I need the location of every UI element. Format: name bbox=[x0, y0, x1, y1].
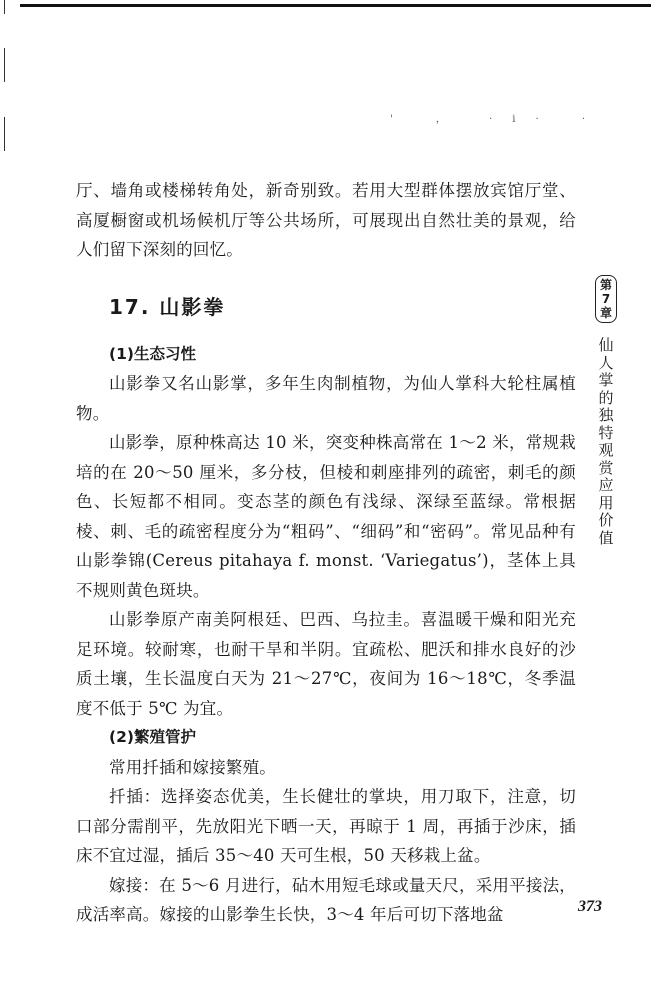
subsection-heading-ecology: (1)生态习性 bbox=[76, 340, 576, 370]
chapter-side-tab: 第7章 仙人掌的独特观赏应用价值 bbox=[593, 275, 619, 547]
header-rule bbox=[20, 4, 651, 7]
binding-edge-mark bbox=[4, 117, 5, 151]
page-number: 373 bbox=[578, 898, 602, 916]
page-body: 厅、墙角或楼梯转角处，新奇别致。若用大型群体摆放宾馆厅堂、高厦橱窗或机场候机厅等… bbox=[76, 176, 576, 930]
binding-edge-mark bbox=[4, 48, 5, 82]
scan-artifacts: ' ， ·i· · bbox=[390, 110, 605, 125]
paragraph: 扦插：选择姿态优美，生长健壮的掌块，用刀取下，注意，切口部分需削平，先放阳光下晒… bbox=[76, 782, 576, 871]
paragraph: 山影拳原产南美阿根廷、巴西、乌拉圭。喜温暖干燥和阳光充足环境。较耐寒，也耐干旱和… bbox=[76, 605, 576, 723]
paragraph: 山影拳又名山影掌，多年生肉制植物，为仙人掌科大轮柱属植物。 bbox=[76, 369, 576, 428]
section-heading: 17. 山影拳 bbox=[109, 291, 576, 320]
continuation-paragraph: 厅、墙角或楼梯转角处，新奇别致。若用大型群体摆放宾馆厅堂、高厦橱窗或机场候机厅等… bbox=[76, 176, 576, 265]
paragraph: 常用扦插和嫁接繁殖。 bbox=[76, 753, 576, 783]
binding-edge-mark bbox=[4, 0, 5, 14]
chapter-label: 第7章 bbox=[595, 275, 617, 323]
paragraph: 嫁接：在 5～6 月进行，砧木用短毛球或量天尺，采用平接法，成活率高。嫁接的山影… bbox=[76, 871, 576, 930]
paragraph: 山影拳，原种株高达 10 米，突变种株高常在 1～2 米，常规栽培的在 20～5… bbox=[76, 428, 576, 605]
subsection-heading-propagation: (2)繁殖管护 bbox=[76, 723, 576, 753]
chapter-title: 仙人掌的独特观赏应用价值 bbox=[598, 337, 614, 547]
